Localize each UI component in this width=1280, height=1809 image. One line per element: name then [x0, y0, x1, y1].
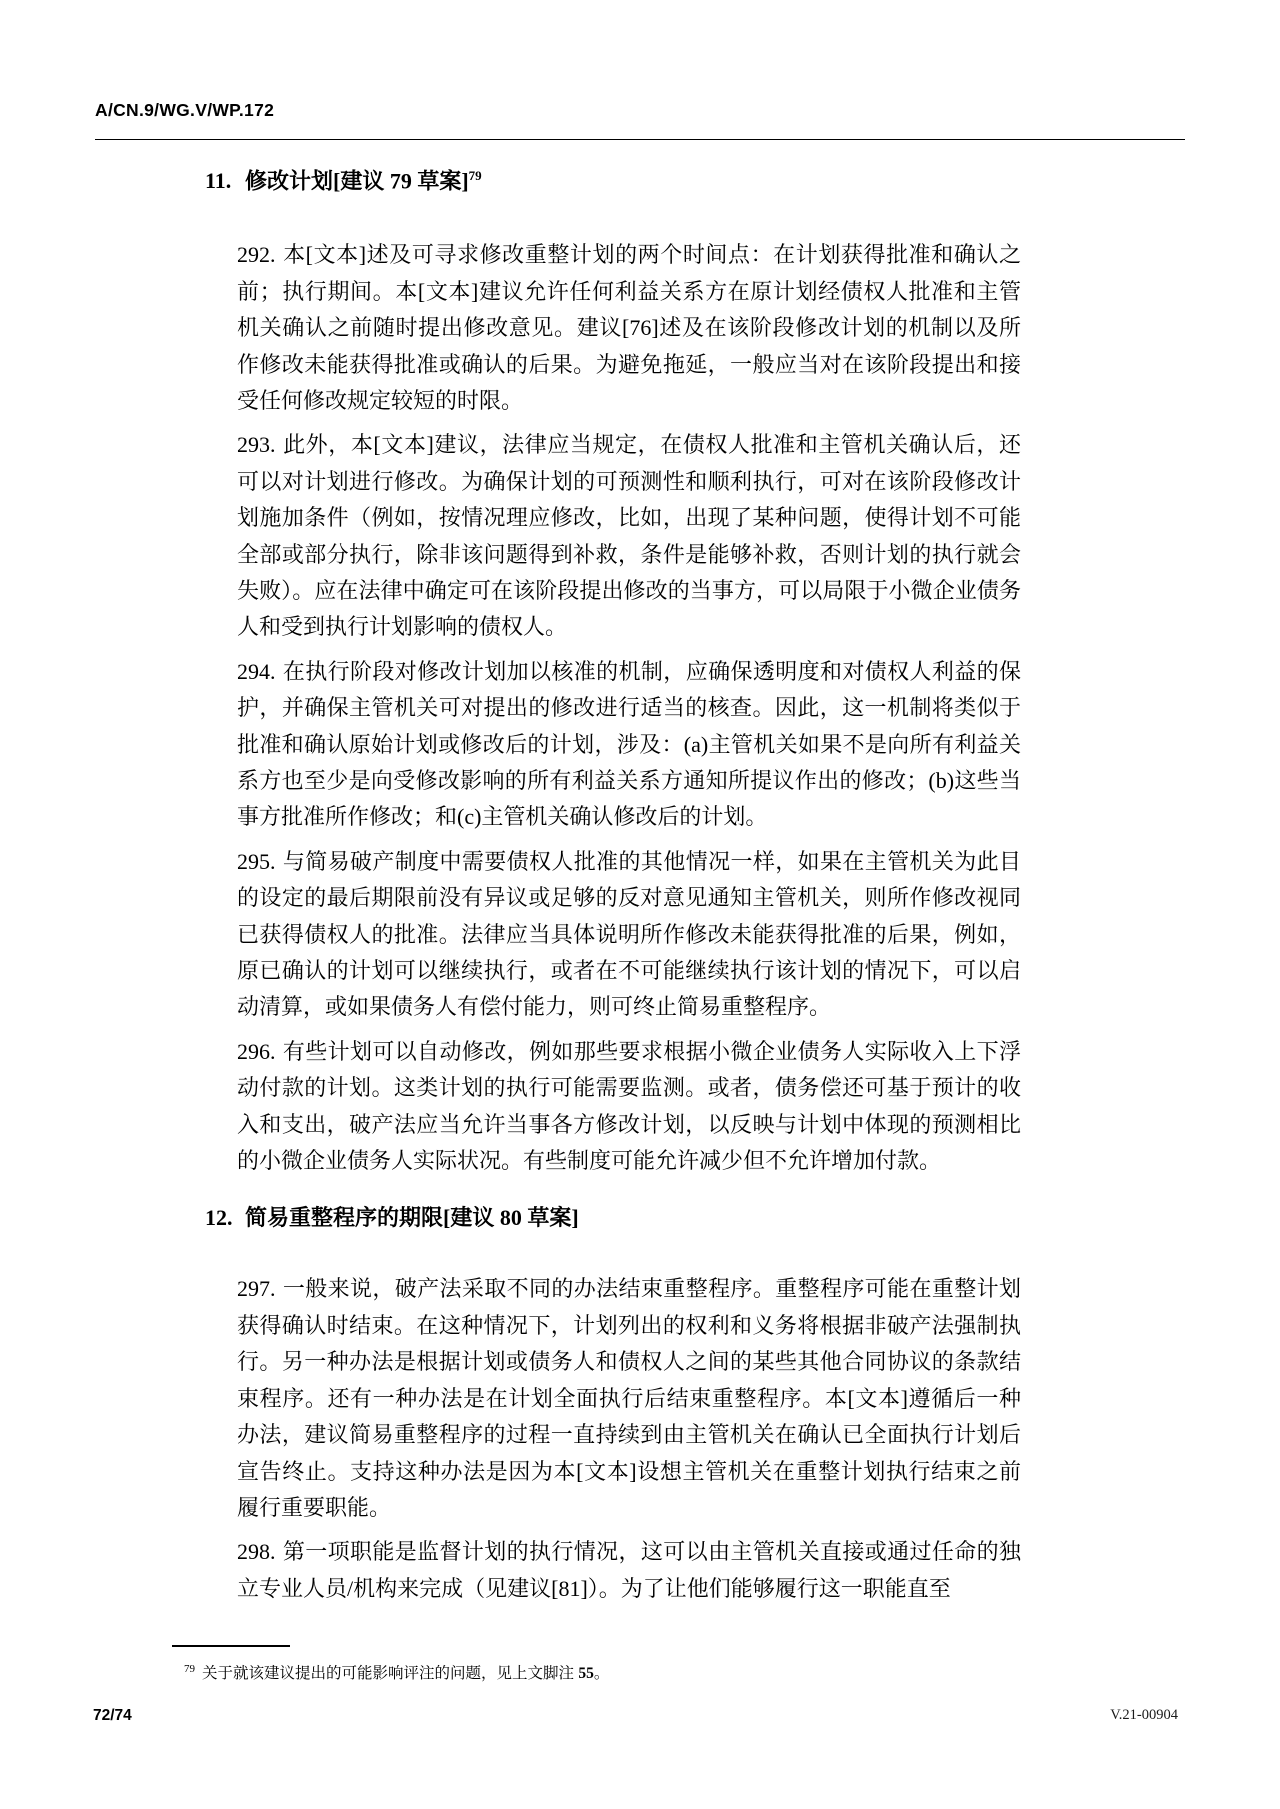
paragraph-text: 一般来说，破产法采取不同的办法结束重整程序。重整程序可能在重整计划获得确认时结束… [237, 1276, 1021, 1519]
paragraph-text: 本[文本]述及可寻求修改重整计划的两个时间点：在计划获得批准和确认之前；执行期间… [237, 242, 1021, 413]
paragraph-number: 298. [237, 1539, 283, 1564]
paragraph-number: 293. [237, 432, 283, 457]
paragraph-number: 296. [237, 1039, 283, 1064]
document-page: A/CN.9/WG.V/WP.172 11.修改计划[建议 79 草案]79 2… [0, 0, 1280, 1809]
paragraph-292: 292.本[文本]述及可寻求修改重整计划的两个时间点：在计划获得批准和确认之前；… [237, 237, 1021, 419]
footnote-number-ref: 55 [578, 1665, 594, 1682]
paragraph-number: 292. [237, 242, 283, 267]
paragraph-297: 297.一般来说，破产法采取不同的办法结束重整程序。重整程序可能在重整计划获得确… [237, 1271, 1021, 1526]
document-body: 11.修改计划[建议 79 草案]79 292.本[文本]述及可寻求修改重整计划… [0, 0, 1280, 1615]
section-heading-11: 11.修改计划[建议 79 草案]79 [205, 161, 1280, 196]
footnote-ref-superscript: 79 [469, 168, 482, 183]
paragraph-296: 296.有些计划可以自动修改，例如那些要求根据小微企业债务人实际收入上下浮动付款… [237, 1034, 1021, 1180]
paragraph-text: 此外，本[文本]建议，法律应当规定，在债权人批准和主管机关确认后，还可以对计划进… [237, 432, 1021, 639]
footnote-marker: 79 [184, 1663, 202, 1675]
section-number: 11. [205, 166, 245, 196]
paragraph-293: 293.此外，本[文本]建议，法律应当规定，在债权人批准和主管机关确认后，还可以… [237, 427, 1021, 645]
paragraph-text: 与简易破产制度中需要债权人批准的其他情况一样，如果在主管机关为此目的设定的最后期… [237, 849, 1021, 1020]
document-code: V.21-00904 [1110, 1707, 1178, 1724]
section-title: 简易重整程序的期限[建议 80 草案] [245, 1205, 579, 1230]
paragraph-298: 298.第一项职能是监督计划的执行情况，这可以由主管机关直接或通过任命的独立专业… [237, 1534, 1021, 1607]
section-heading-12: 12.简易重整程序的期限[建议 80 草案] [205, 1203, 1280, 1233]
paragraph-294: 294.在执行阶段对修改计划加以核准的机制，应确保透明度和对债权人利益的保护，并… [237, 654, 1021, 836]
section-title: 修改计划[建议 79 草案] [245, 168, 469, 193]
paragraph-number: 294. [237, 659, 283, 684]
paragraph-295: 295.与简易破产制度中需要债权人批准的其他情况一样，如果在主管机关为此目的设定… [237, 844, 1021, 1026]
footnote-separator [172, 1645, 290, 1647]
paragraph-text: 第一项职能是监督计划的执行情况，这可以由主管机关直接或通过任命的独立专业人员/机… [237, 1539, 1021, 1600]
paragraph-text: 在执行阶段对修改计划加以核准的机制，应确保透明度和对债权人利益的保护，并确保主管… [237, 659, 1021, 830]
paragraph-number: 297. [237, 1276, 283, 1301]
footnote-79: 79关于就该建议提出的可能影响评注的问题，见上文脚注 55。 [184, 1658, 884, 1685]
section-number: 12. [205, 1203, 245, 1233]
footnote-text-tail: 。 [594, 1665, 610, 1682]
paragraph-text: 有些计划可以自动修改，例如那些要求根据小微企业债务人实际收入上下浮动付款的计划。… [237, 1039, 1021, 1173]
footnote-text: 关于就该建议提出的可能影响评注的问题，见上文脚注 [202, 1665, 578, 1682]
page-number: 72/74 [93, 1707, 132, 1725]
paragraph-number: 295. [237, 849, 283, 874]
